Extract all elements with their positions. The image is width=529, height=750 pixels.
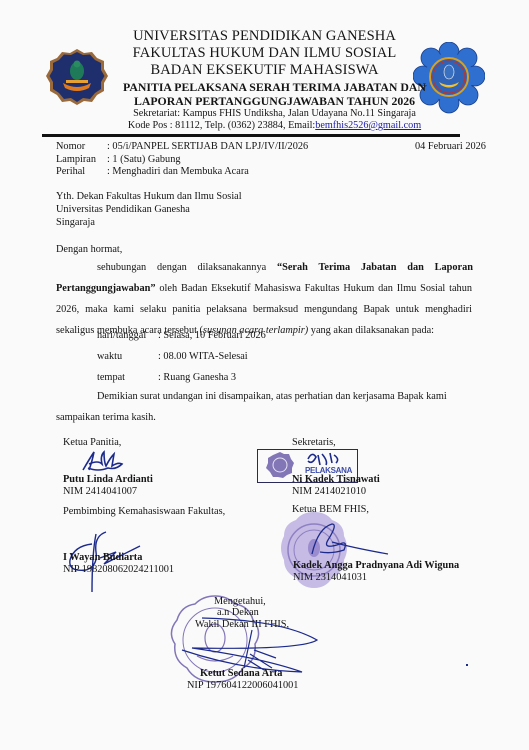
bem-chair-signature-icon bbox=[292, 520, 392, 560]
detail-value-time: : 08.00 WITA-Selesai bbox=[158, 351, 248, 362]
detail-value-date: : Selasa, 10 Februari 2026 bbox=[158, 330, 266, 341]
vice-dean-name: Ketut Sedana Arta bbox=[200, 668, 282, 679]
chair-id: NIM 2414041007 bbox=[63, 486, 137, 497]
header-divider bbox=[42, 134, 460, 137]
event-title-part-2: Pertanggungjawaban” bbox=[56, 283, 156, 294]
text-span: sehubungan dengan dilaksanakannya bbox=[97, 262, 266, 273]
bem-chair-id: NIM 2314041031 bbox=[293, 572, 367, 583]
secretary-name: Ni Kadek Tisnawati bbox=[292, 474, 380, 485]
meta-value-perihal: : Menghadiri dan Membuka Acara bbox=[107, 166, 249, 177]
event-title-part-1: “Serah Terima Jabatan dan Laporan bbox=[277, 262, 473, 273]
secretary-signature-icon bbox=[306, 451, 342, 467]
meta-value-nomor: : 05/i/PANPEL SERTIJAB DAN LPJ/IV/II/202… bbox=[107, 141, 308, 152]
recipient-line-2: Universitas Pendidikan Ganesha bbox=[56, 204, 190, 215]
secretary-id: NIM 2414021010 bbox=[292, 486, 366, 497]
detail-label-time: waktu bbox=[97, 351, 122, 362]
closing-line-2: sampaikan terima kasih. bbox=[56, 412, 156, 423]
address: Sekretariat: Kampus FHIS Undiksha, Jalan… bbox=[10, 108, 529, 119]
university-name: UNIVERSITAS PENDIDIKAN GANESHA bbox=[0, 28, 529, 45]
ink-dot bbox=[466, 664, 468, 666]
recipient-line-1: Yth. Dekan Fakultas Hukum dan Ilmu Sosia… bbox=[56, 191, 242, 202]
salutation: Dengan hormat, bbox=[56, 244, 122, 255]
chair-signature-icon bbox=[80, 448, 126, 474]
paragraph-line-2: Pertanggungjawaban” oleh Badan Eksekutif… bbox=[56, 283, 472, 294]
meta-label-lampiran: Lampiran bbox=[56, 154, 96, 165]
acknowledged-label: Mengetahui, bbox=[214, 596, 266, 607]
bem-chair-name: Kadek Angga Pradnyana Adi Wiguna bbox=[293, 560, 459, 571]
contact-prefix: Kode Pos : 81112, Telp. (0362) 23884, Em… bbox=[128, 120, 315, 131]
text-span: yang akan dilaksanakan pada: bbox=[308, 325, 434, 336]
meta-value-lampiran: : 1 (Satu) Gabung bbox=[107, 154, 181, 165]
invitation-letter: UNIVERSITAS PENDIDIKAN GANESHA FAKULTAS … bbox=[0, 0, 529, 750]
faculty-name: FAKULTAS HUKUM DAN ILMU SOSIAL bbox=[0, 45, 529, 62]
committee-stamp-emblem-icon bbox=[265, 451, 295, 479]
text-span: oleh Badan Eksekutif Mahasiswa Fakultas … bbox=[156, 283, 472, 294]
committee-line-1: PANITIA PELAKSANA SERAH TERIMA JABATAN D… bbox=[10, 80, 529, 95]
paragraph-line-3: 2026, maka kami selaku panitia pelaksana… bbox=[56, 304, 472, 315]
meta-label-nomor: Nomor bbox=[56, 141, 85, 152]
closing-line-1: Demikian surat undangan ini disampaikan,… bbox=[97, 391, 447, 402]
detail-label-place: tempat bbox=[97, 372, 125, 383]
paragraph-line-1: sehubungan dengan dilaksanakannya “Serah… bbox=[97, 262, 473, 273]
contact-line: Kode Pos : 81112, Telp. (0362) 23884, Em… bbox=[10, 120, 529, 131]
chair-title: Ketua Panitia, bbox=[63, 437, 121, 448]
organization-name: BADAN EKSEKUTIF MAHASISWA bbox=[0, 62, 529, 79]
chair-name: Putu Linda Ardianti bbox=[63, 474, 153, 485]
meta-label-perihal: Perihal bbox=[56, 166, 85, 177]
vice-dean-id: NIP 197604122006041001 bbox=[187, 680, 298, 691]
secretary-title: Sekretaris, bbox=[292, 437, 336, 448]
advisor-id: NIP 198208062024211001 bbox=[63, 564, 174, 575]
detail-value-place: : Ruang Ganesha 3 bbox=[158, 372, 236, 383]
advisor-title: Pembimbing Kemahasiswaan Fakultas, bbox=[63, 506, 225, 517]
letter-date: 04 Februari 2026 bbox=[415, 141, 486, 152]
advisor-name: I Wayan Budiarta bbox=[63, 552, 142, 563]
committee-line-2: LAPORAN PERTANGGUNGJAWABAN TAHUN 2026 bbox=[10, 94, 529, 109]
detail-label-date: hari/tanggal bbox=[97, 330, 146, 341]
recipient-line-3: Singaraja bbox=[56, 217, 95, 228]
email-link[interactable]: bemfhis2526@gmail.com bbox=[315, 120, 421, 131]
